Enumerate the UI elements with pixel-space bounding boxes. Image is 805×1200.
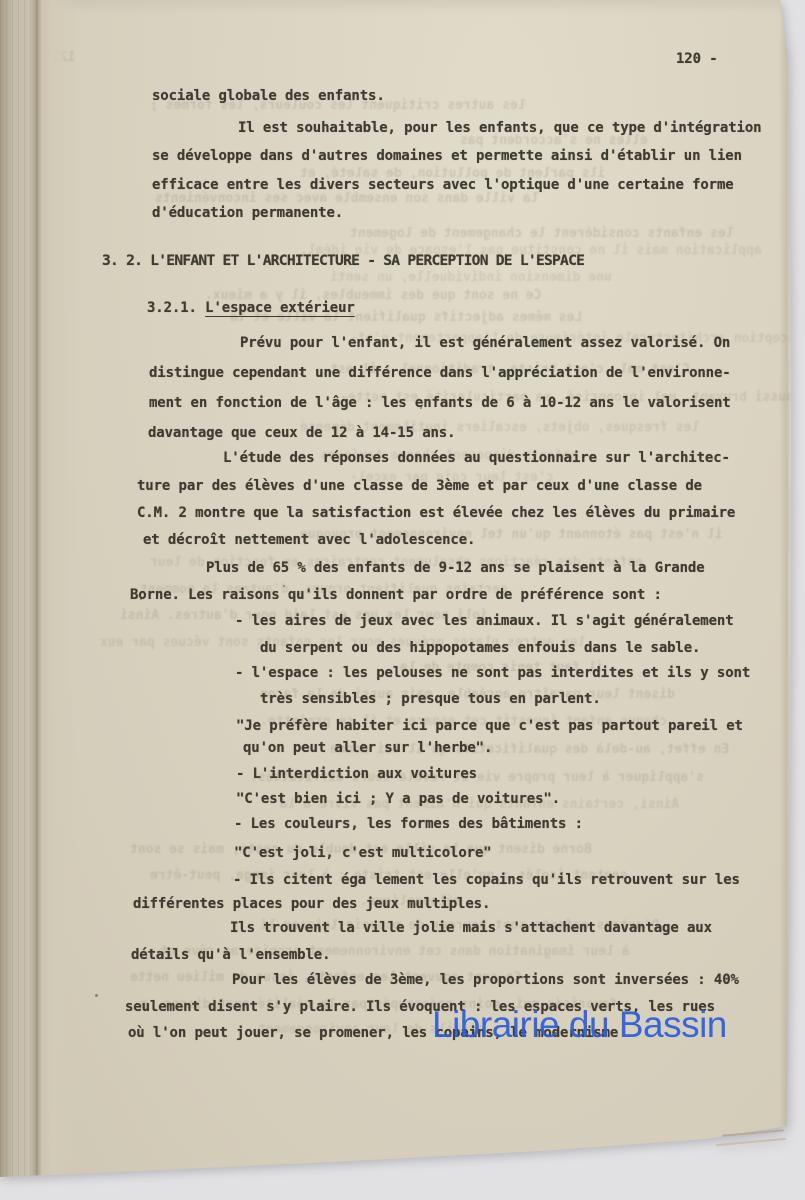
gutter-ink-mark: nu xyxy=(2,205,15,218)
subsection-number: 3.2.1. xyxy=(147,300,205,316)
text-line: Il est souhaitable, pour les enfants, qu… xyxy=(238,120,761,136)
gutter-shadow xyxy=(0,0,78,1200)
gutter-ink-mark: bq xyxy=(2,347,15,360)
text-line: "C'est joli, c'est multicolore" xyxy=(234,845,492,861)
gutter-ink-mark: m xyxy=(2,968,9,981)
text-line: sociale globale des enfants. xyxy=(152,88,385,104)
text-line: "C'est bien ici ; Y a pas de voitures". xyxy=(236,791,560,807)
bleedthrough-text: 121 xyxy=(52,50,75,65)
page-number: 120 - xyxy=(676,51,718,67)
subsection-heading: 3.2.1. L'espace extérieur xyxy=(147,300,355,316)
text-line: Plus de 65 % des enfants de 9-12 ans se … xyxy=(206,560,705,576)
text-line: davantage que ceux de 12 à 14-15 ans. xyxy=(148,425,455,441)
subsection-title-underlined: L'espace extérieur xyxy=(205,300,355,316)
gutter-ink-mark: s xyxy=(2,806,9,819)
text-line: distingue cependant une différence dans … xyxy=(149,365,731,381)
text-line: Borne. Les raisons qu'ils donnent par or… xyxy=(130,587,662,603)
gutter-ink-mark: nu xyxy=(2,1002,15,1015)
gutter-ink-mark: sb xyxy=(2,384,15,397)
text-line: différentes places pour des jeux multipl… xyxy=(133,896,490,912)
gutter-streaks xyxy=(0,0,40,1200)
text-line: - Ils citent éga lement les copains qu'i… xyxy=(233,872,740,888)
text-line: d'éducation permanente. xyxy=(152,205,343,221)
gutter-ink-mark: lil xyxy=(2,928,22,941)
paper-speck xyxy=(39,58,42,61)
gutter-ink-mark: ls xyxy=(2,523,15,536)
paper-speck xyxy=(95,994,98,997)
text-line: - Les couleurs, les formes des bâtiments… xyxy=(234,816,583,832)
gutter-ink-mark: m xyxy=(2,262,9,275)
bleedthrough-text: les enfants considèrent le changement de… xyxy=(350,226,734,241)
text-line: Prévu pour l'enfant, il est généralement… xyxy=(240,335,730,351)
paper-speck xyxy=(33,143,36,146)
gutter-ink-mark: p xyxy=(2,1078,9,1091)
gutter-ink-mark: t xyxy=(2,864,9,877)
text-line: - les aires de jeux avec les animaux. Il… xyxy=(235,613,734,629)
text-line: se développe dans d'autres domaines et p… xyxy=(152,148,742,164)
text-line: très sensibles ; presque tous en parlent… xyxy=(260,691,601,707)
gutter-ink-mark: n xyxy=(2,460,9,473)
gutter-ink-mark: mg xyxy=(2,422,15,435)
text-line: "Je préfère habiter ici parce que c'est … xyxy=(236,718,743,734)
text-line: et décroît nettement avec l'adolescence. xyxy=(143,532,475,548)
text-line: détails qu'à l'ensemble. xyxy=(131,947,330,963)
page-edge-right xyxy=(779,0,805,1160)
text-line: - l'espace : les pelouses ne sont pas in… xyxy=(235,665,750,681)
gutter-ink-mark: nl xyxy=(2,1108,15,1121)
bleedthrough-text: une dimension individuelle, un senti xyxy=(330,270,612,285)
text-line: - L'interdiction aux voitures xyxy=(236,766,477,782)
text-line: ment en fonction de l'âge : les enfants … xyxy=(149,395,731,411)
stacked-pages-edge xyxy=(716,1138,786,1146)
scanned-book-photo: { "page": { "number_label": "120 -", "wa… xyxy=(0,0,805,1200)
text-line: qu'on peut aller sur l'herbe". xyxy=(243,740,492,756)
text-line: ture par des élèves d'une classe de 3ème… xyxy=(137,478,702,494)
bleedthrough-text: la ville dans son ensemble avec ses inco… xyxy=(155,191,539,206)
text-line: C.M. 2 montre que la satisfaction est él… xyxy=(137,505,735,521)
text-line: Ils trouvent la ville jolie mais s'attac… xyxy=(230,920,712,936)
gutter-ink-mark: ill xyxy=(2,298,22,311)
text-line: Pour les élèves de 3ème, les proportions… xyxy=(232,972,739,988)
section-heading: 3. 2. L'ENFANT ET L'ARCHITECTURE - SA PE… xyxy=(102,253,584,269)
text-line: du serpent ou des hippopotames enfouis d… xyxy=(260,640,700,656)
text-line: efficace entre les divers secteurs avec … xyxy=(152,177,734,193)
gutter-ink-mark: b xyxy=(2,562,9,575)
watermark: Librairie du Bassin xyxy=(432,1006,727,1043)
gutter-ink-mark: sl xyxy=(2,1038,15,1051)
text-line: L'étude des réponses données au question… xyxy=(223,450,730,466)
